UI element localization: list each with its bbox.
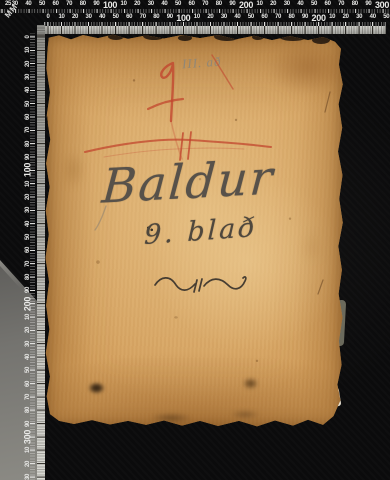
ruler-label: 80 [80,1,86,7]
ruler-label: 30 [25,341,31,347]
manuscript-page: Baldur 9. blað III. að [44,33,344,428]
ruler-label: 0 [25,35,31,38]
ruler-label: 50 [311,1,317,7]
ruler-label: 60 [25,381,31,387]
ruler-label: 20 [134,1,140,7]
red-crayon-numeral [161,63,173,121]
ruler-label: 10 [25,314,31,320]
red-crayon-line-faint [104,148,244,157]
ruler-label: 0 [46,14,49,20]
ruler-label: 25 [5,1,11,7]
ruler-label: 200 [312,14,326,23]
ruler-label: 30 [25,207,31,213]
ruler-label: 80 [25,274,31,280]
ruler-label: 10 [257,1,263,7]
ruler-label: 40 [234,14,240,20]
ruler-label: 20 [343,14,349,20]
ruler-left: 0102030405060708090100102030405060708090… [18,0,34,480]
photo-stage: MM 2530405060708090100102030405060708090… [0,0,390,480]
ruler-label: 10 [25,47,31,53]
ruler-label: 10 [58,14,64,20]
ruler-label: 30 [221,14,227,20]
ruler-label: 50 [25,367,31,373]
ruler-label: 10 [194,14,200,20]
handwriting-marks-overlay [44,33,344,428]
ruler-label: 50 [383,14,389,20]
ruler-label: 60 [261,14,267,20]
ruler-label: 30 [25,74,31,80]
ruler-top-outer: 2530405060708090100102030405060708090200… [0,1,390,11]
ruler-label: 100 [24,163,33,177]
ruler-label: 50 [113,14,119,20]
ruler-label: 30 [12,1,18,7]
ruler-label: 30 [25,474,31,480]
ruler-label: 10 [25,447,31,453]
ruler-label: 80 [25,407,31,413]
ruler-label: 100 [103,1,117,10]
ruler-label: 90 [302,14,308,20]
ruler-label: 80 [352,1,358,7]
ruler-label: 60 [25,114,31,120]
ruler-label: 70 [66,1,72,7]
ruler-label: 90 [25,287,31,293]
ruler-label: 60 [189,1,195,7]
ruler-label: 30 [356,14,362,20]
ruler-label: 90 [229,1,235,7]
ruler-label: 20 [25,327,31,333]
ruler-label: 80 [25,141,31,147]
ruler-label: 80 [216,1,222,7]
ruler-label: 70 [202,1,208,7]
ruler-label: 40 [99,14,105,20]
ruler-label: 200 [24,297,33,311]
ruler-label: 30 [86,14,92,20]
ruler-label: 60 [53,1,59,7]
ruler-label: 70 [25,261,31,267]
ruler-label: 30 [284,1,290,7]
ruler-label: 20 [270,1,276,7]
red-crayon-check [212,55,233,89]
ruler-label: 90 [25,154,31,160]
ruler-label: 90 [365,1,371,7]
ruler-label: 30 [148,1,154,7]
ruler-label: 20 [25,461,31,467]
ruler-label: 50 [25,234,31,240]
ruler-label: 40 [25,87,31,93]
ruler-top-inner: 0102030405060708090100102030405060708090… [0,14,390,24]
ruler-label: 70 [25,394,31,400]
ruler-label: 50 [39,1,45,7]
ruler-label: 40 [370,14,376,20]
ruler-label: 40 [25,221,31,227]
ruler-label: 10 [121,1,127,7]
ruler-label: 70 [275,14,281,20]
ruler-label: 80 [153,14,159,20]
ruler-label: 90 [167,14,173,20]
ruler-label: 40 [297,1,303,7]
ruler-label: 50 [175,1,181,7]
ink-flourish-squiggle [155,277,246,292]
ruler-label: 90 [93,1,99,7]
paper-crease-line [318,92,330,294]
ruler-label: 70 [338,1,344,7]
ruler-label: 20 [25,61,31,67]
ruler-label: 40 [25,354,31,360]
ruler-label: 80 [288,14,294,20]
ruler-label: 10 [25,181,31,187]
ruler-label: 60 [126,14,132,20]
ruler-label: 200 [239,1,253,10]
ruler-label: 40 [161,1,167,7]
ruler-label: 20 [207,14,213,20]
red-crayon-numeral-bar [148,99,183,109]
ruler-label: 50 [248,14,254,20]
pencil-comma-mark [95,206,106,230]
ruler-label: 300 [375,1,389,10]
ruler-label: 90 [25,421,31,427]
ruler-label: 300 [24,430,33,444]
ruler-label: 60 [325,1,331,7]
ruler-top-edge-bar [40,26,386,34]
ruler-label: 60 [25,247,31,253]
ruler-label: 10 [329,14,335,20]
ruler-label: 20 [72,14,78,20]
ruler-left-edge-bar [37,25,45,480]
ruler-label: 20 [25,194,31,200]
ruler-label: 50 [25,101,31,107]
ruler-label: 100 [176,14,190,23]
ruler-label: 70 [25,127,31,133]
ruler-label: 70 [140,14,146,20]
